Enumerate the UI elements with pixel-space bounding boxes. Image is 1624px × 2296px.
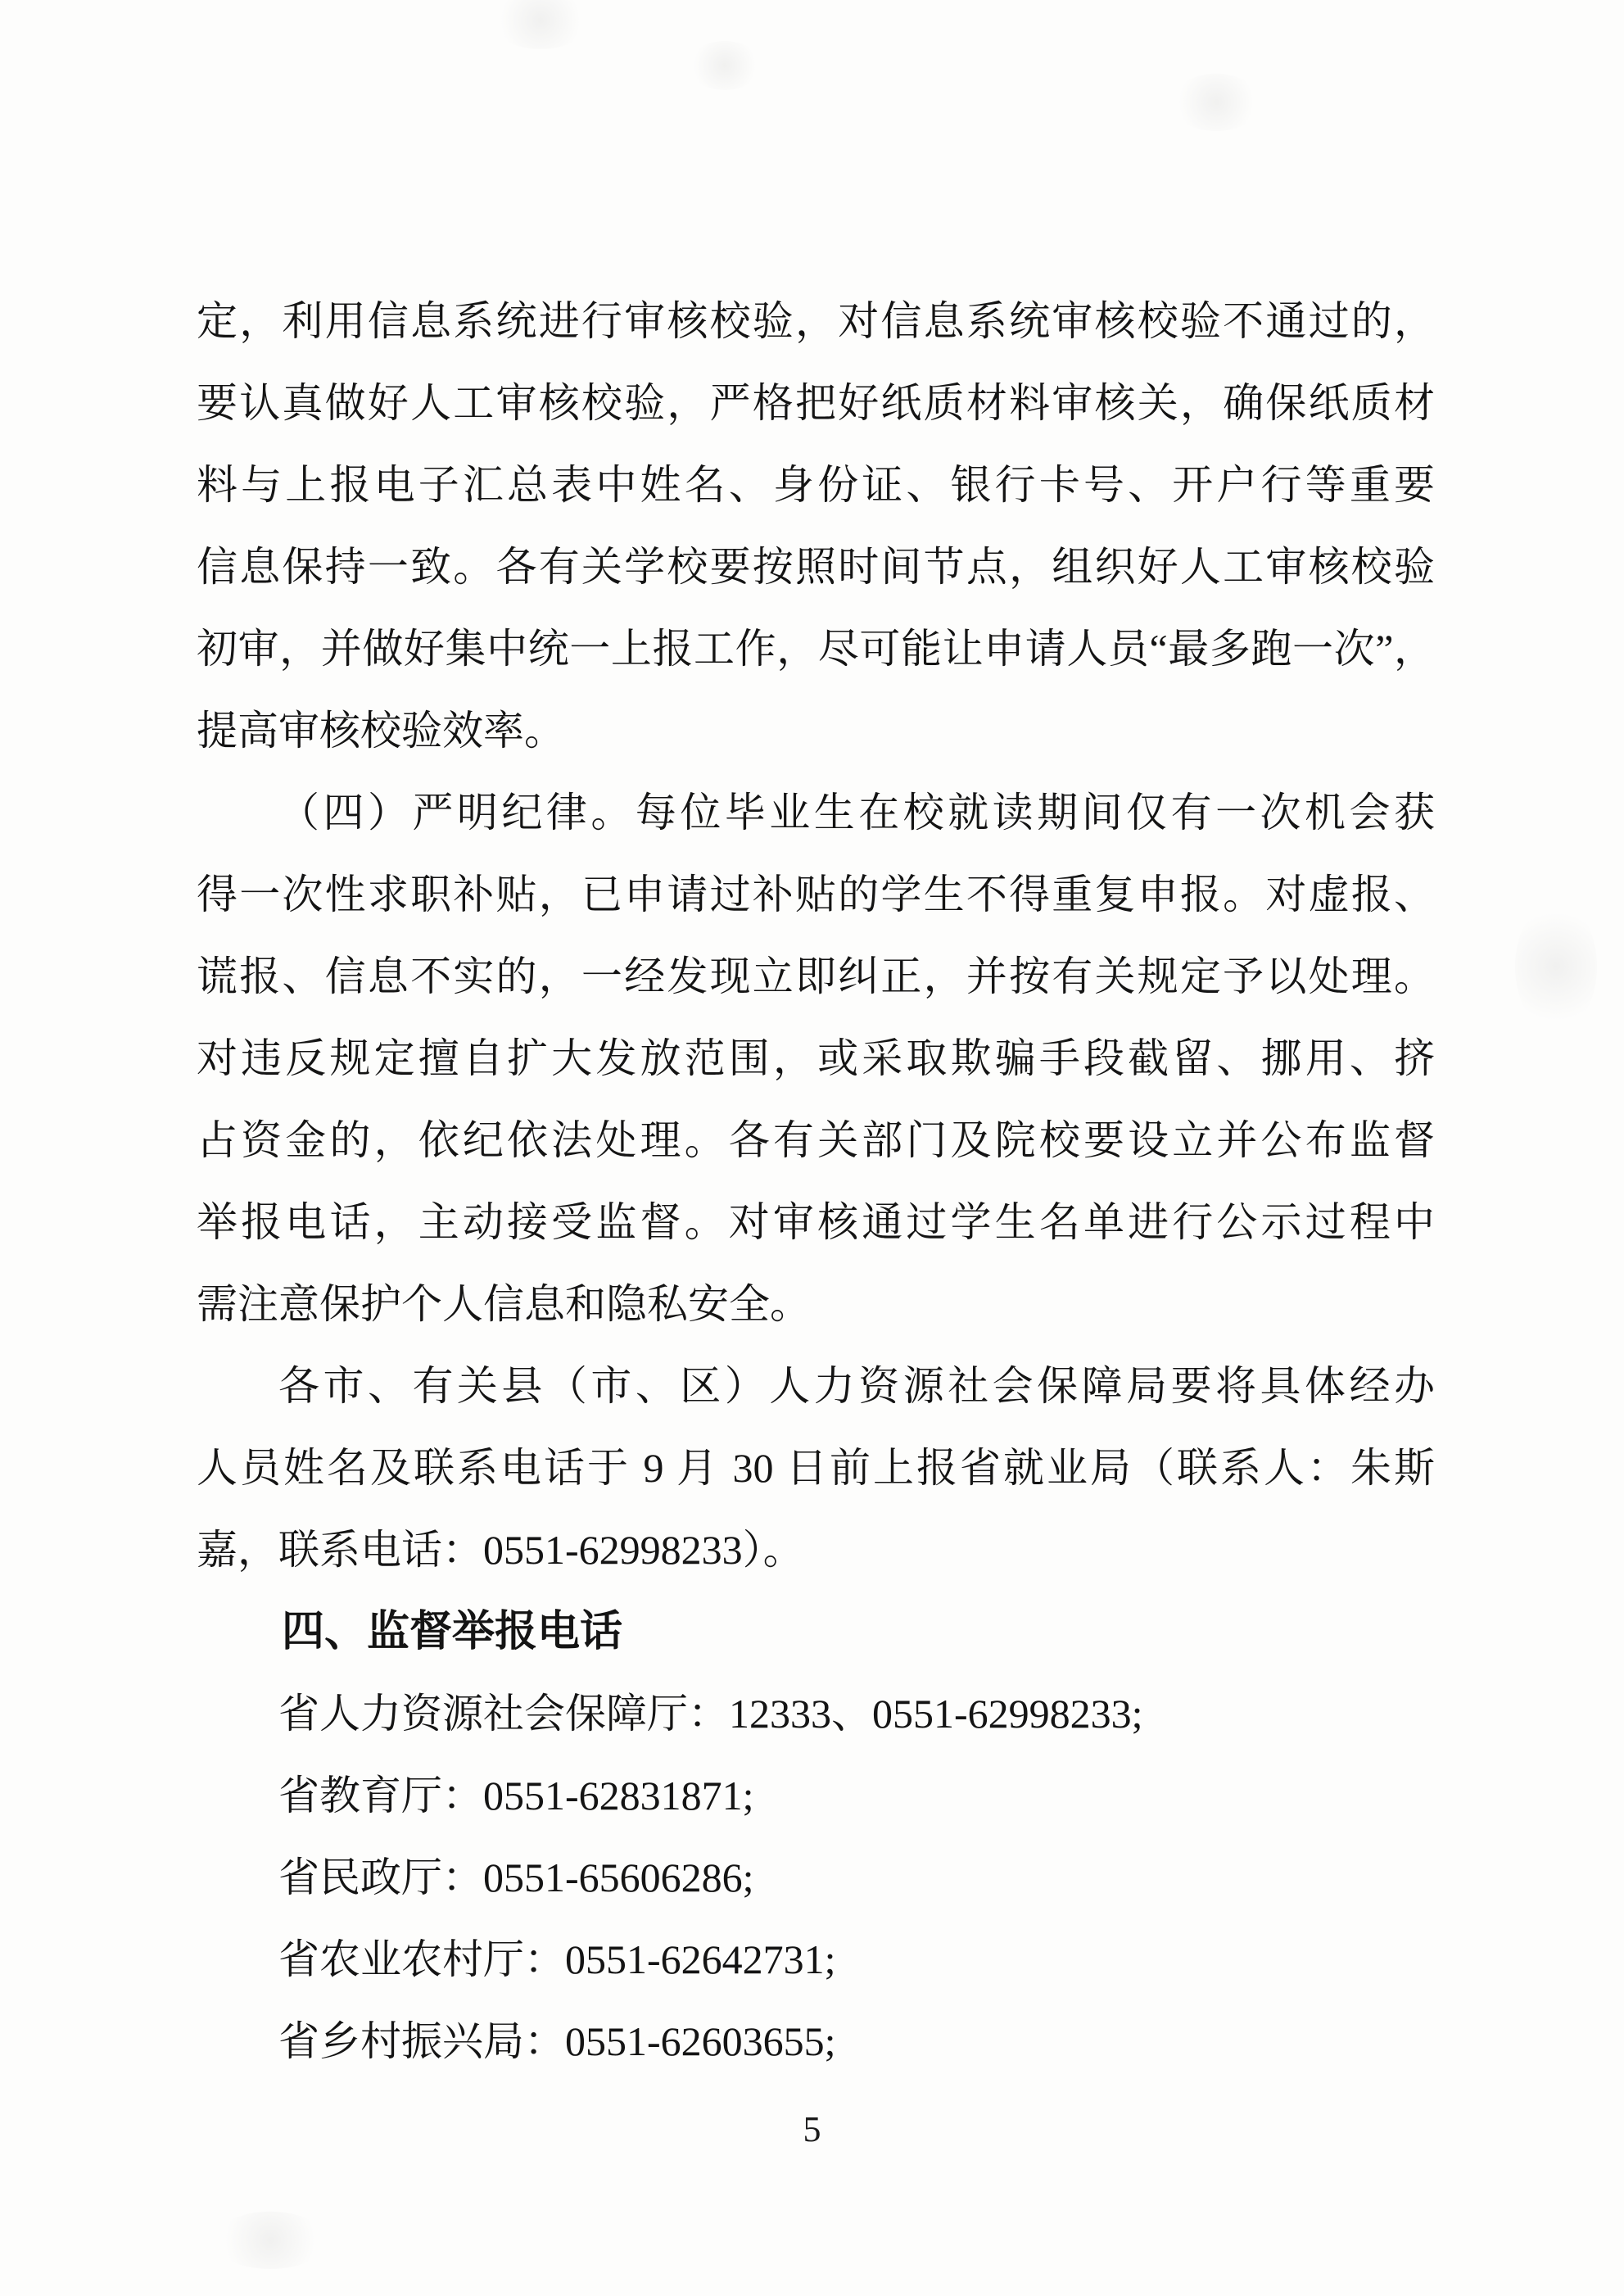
hotline-line: 省人力资源社会保障厅：12333、0551-62998233;: [197, 1673, 1435, 1755]
section-heading: 四、监督举报电话: [197, 1591, 1435, 1673]
document-line: 举报电话，主动接受监督。对审核通过学生名单进行公示过程中: [197, 1181, 1435, 1263]
document-line: 信息保持一致。各有关学校要按照时间节点，组织好人工审核校验: [197, 526, 1435, 608]
scan-smudge: [1171, 74, 1261, 131]
document-line: 人员姓名及联系电话于 9 月 30 日前上报省就业局（联系人：朱斯: [197, 1427, 1435, 1509]
scan-smudge: [491, 0, 590, 49]
document-line: 对违反规定擅自扩大发放范围，或采取欺骗手段截留、挪用、挤: [197, 1017, 1435, 1099]
document-line: 初审，并做好集中统一上报工作，尽可能让申请人员“最多跑一次”，: [197, 608, 1435, 690]
document-line: 各市、有关县（市、区）人力资源社会保障局要将具体经办: [197, 1345, 1435, 1427]
document-line: 嘉，联系电话：0551-62998233）。: [197, 1509, 1435, 1591]
document-line: 需注意保护个人信息和隐私安全。: [197, 1263, 1435, 1345]
document-line: 提高审核校验效率。: [197, 690, 1435, 772]
document-line: 占资金的，依纪依法处理。各有关部门及院校要设立并公布监督: [197, 1099, 1435, 1181]
hotline-line: 省乡村振兴局：0551-62603655;: [197, 2000, 1435, 2082]
document-line: 定，利用信息系统进行审核校验，对信息系统审核校验不通过的，: [197, 280, 1435, 362]
document-line: （四）严明纪律。每位毕业生在校就读期间仅有一次机会获: [197, 772, 1435, 854]
scan-smudge: [688, 41, 762, 90]
scanned-document-page: 定，利用信息系统进行审核校验，对信息系统审核校验不通过的， 要认真做好人工审核校…: [0, 0, 1624, 2296]
document-line: 料与上报电子汇总表中姓名、身份证、银行卡号、开户行等重要: [197, 444, 1435, 526]
hotline-line: 省民政厅：0551-65606286;: [197, 1836, 1435, 1918]
document-line: 得一次性求职补贴，已申请过补贴的学生不得重复申报。对虚报、: [197, 854, 1435, 935]
hotline-line: 省教育厅：0551-62831871;: [197, 1755, 1435, 1836]
document-line: 谎报、信息不实的，一经发现立即纠正，并按有关规定予以处理。: [197, 935, 1435, 1017]
hotline-line: 省农业农村厅：0551-62642731;: [197, 1918, 1435, 2000]
document-body: 定，利用信息系统进行审核校验，对信息系统审核校验不通过的， 要认真做好人工审核校…: [197, 280, 1435, 2082]
document-line: 要认真做好人工审核校验，严格把好纸质材料审核关，确保纸质材: [197, 362, 1435, 444]
page-number: 5: [0, 2109, 1624, 2150]
scan-smudge: [213, 2212, 328, 2269]
scan-smudge: [1515, 901, 1597, 1032]
